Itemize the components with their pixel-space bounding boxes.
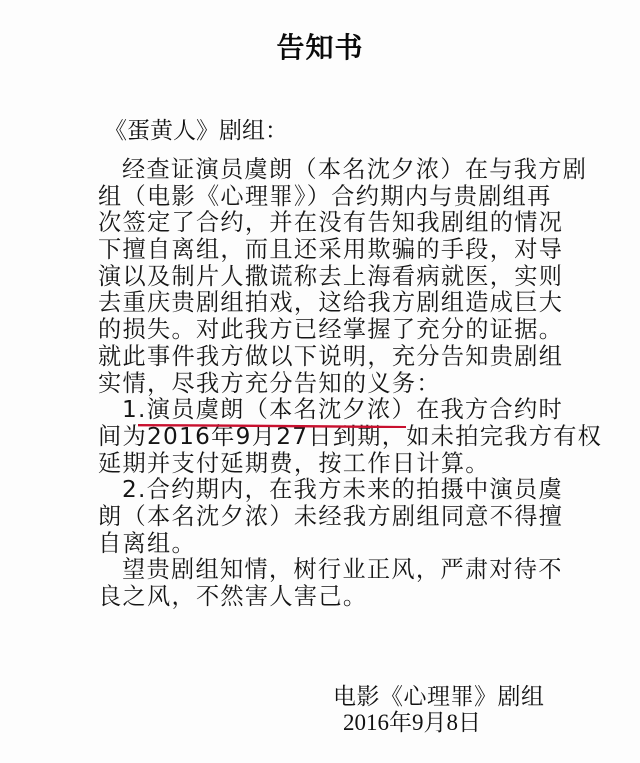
document-title: 告知书 <box>0 30 640 66</box>
signature-organization: 电影《心理罪》剧组 <box>333 683 545 711</box>
body-line: 间为2016年9月27日到期，如未拍完我方有权 <box>98 424 558 451</box>
body-line: 实情，尽我方充分告知的义务： <box>98 371 558 398</box>
body-line-item-1: 1.演员虞朗（本名沈夕浓）在我方合约时 <box>98 397 558 424</box>
body-line: 朗（本名沈夕浓）未经我方剧组同意不得擅 <box>98 504 558 531</box>
body-line-item-2: 2.合约期内，在我方未来的拍摄中演员虞 <box>98 477 558 504</box>
salutation: 《蛋黄人》剧组： <box>104 116 288 146</box>
body-line: 就此事件我方做以下说明，充分告知贵剧组 <box>98 344 558 371</box>
body-line: 去重庆贵剧组拍戏，这给我方剧组造成巨大 <box>98 290 558 317</box>
notice-document: 告知书 《蛋黄人》剧组： 经查证演员虞朗（本名沈夕浓）在与我方剧 组（电影《心理… <box>0 0 640 763</box>
body-line: 自离组。 <box>98 531 558 558</box>
body-line-closing: 望贵剧组知情，树行业正风，严肃对待不 <box>98 557 558 584</box>
body-line: 演以及制片人撒谎称去上海看病就医，实则 <box>98 264 558 291</box>
body-line: 下擅自离组，而且还采用欺骗的手段，对导 <box>98 237 558 264</box>
body-line: 组（电影《心理罪》）合约期内与贵剧组再 <box>98 184 558 211</box>
body-line: 良之风，不然害人害己。 <box>98 584 558 611</box>
body-line: 的损失。对此我方已经掌握了充分的证据。 <box>98 317 558 344</box>
signature-date: 2016年9月8日 <box>343 709 481 737</box>
body-line: 经查证演员虞朗（本名沈夕浓）在与我方剧 <box>98 157 558 184</box>
document-body: 经查证演员虞朗（本名沈夕浓）在与我方剧 组（电影《心理罪》）合约期内与贵剧组再 … <box>98 157 558 611</box>
body-line: 延期并支付延期费，按工作日计算。 <box>98 451 558 478</box>
body-line: 次签定了合约，并在没有告知我剧组的情况 <box>98 210 558 237</box>
